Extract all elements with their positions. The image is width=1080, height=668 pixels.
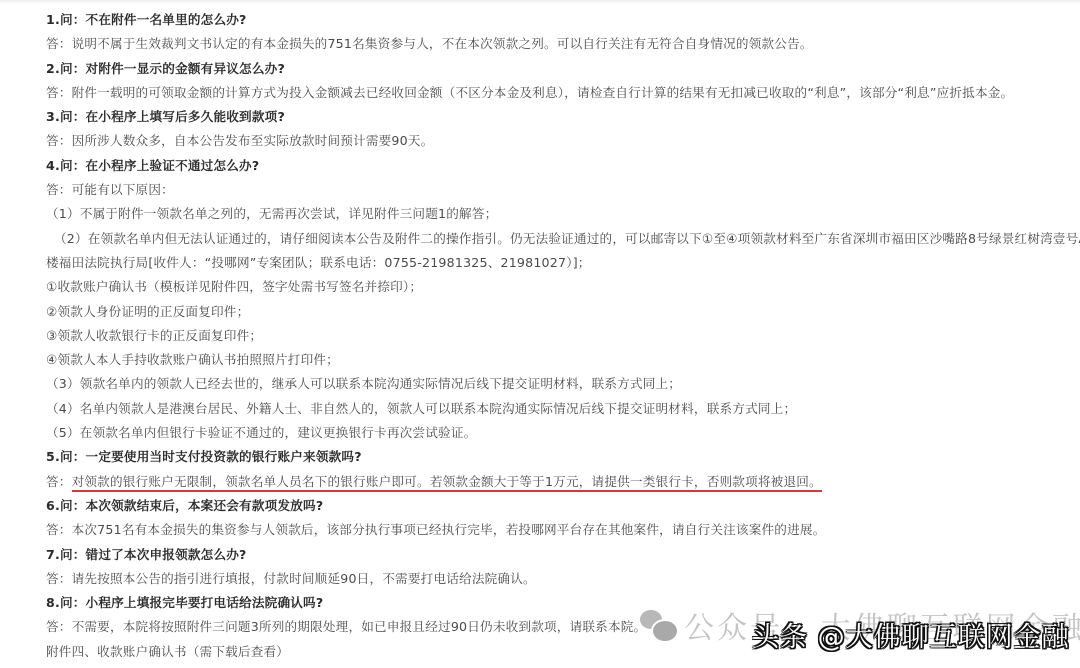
top-shadow xyxy=(0,0,1080,4)
highlighted-answer: 对领款的银行账户无限制，领款名单人员名下的银行账户即可。若领款金额大于等于1万元… xyxy=(72,474,822,492)
faq-4-material-2: ②领款人身份证明的正反面复印件； xyxy=(46,300,1076,324)
answer-prefix: 答： xyxy=(46,474,72,489)
faq-answer-1: 答：说明不属于生效裁判文书认定的有本金损失的751名集资参与人，不在本次领款之列… xyxy=(46,32,1076,56)
faq-question-1: 1.问：不在附件一名单里的怎么办? xyxy=(46,8,1076,32)
faq-4-material-4: ④领款人本人手持收款账户确认书拍照照片打印件； xyxy=(46,348,1076,372)
faq-question-2: 2.问：对附件一显示的金额有异议怎么办? xyxy=(46,57,1076,81)
faq-answer-5: 答：对领款的银行账户无限制，领款名单人员名下的银行账户即可。若领款金额大于等于1… xyxy=(46,470,1076,494)
faq-answer-3: 答：因所涉人数众多，自本公告发布至实际放款时间预计需要90天。 xyxy=(46,129,1076,153)
faq-answer-2: 答：附件一载明的可领取金额的计算方式为投入金额减去已经收回金额（不区分本金及利息… xyxy=(46,81,1076,105)
faq-question-3: 3.问：在小程序上填写后多久能收到款项? xyxy=(46,105,1076,129)
faq-4-reason-3: （3）领款名单内的领款人已经去世的，继承人可以联系本院沟通实际情况后线下提交证明… xyxy=(46,372,1076,396)
faq-question-4: 4.问：在小程序上验证不通过怎么办? xyxy=(46,154,1076,178)
faq-4-reason-2-continued: 楼福田法院执行局[收件人：“投哪网”专案团队；联系电话：0755-2198132… xyxy=(0,251,1076,275)
faq-4-material-1: ①收款账户确认书（模板详见附件四，签字处需书写签名并捺印）； xyxy=(46,275,1076,299)
wechat-icon xyxy=(640,610,676,640)
faq-question-6: 6.问：本次领款结束后，本案还会有款项发放吗? xyxy=(46,494,1076,518)
faq-question-5: 5.问：一定要使用当时支付投资款的银行账户来领款吗? xyxy=(46,445,1076,469)
toutiao-watermark: 头条 @大佛聊互联网金融 xyxy=(752,615,1070,654)
faq-question-7: 7.问：错过了本次申报领款怎么办? xyxy=(46,543,1076,567)
faq-4-material-3: ③领款人收款银行卡的正反面复印件； xyxy=(46,324,1076,348)
faq-answer-4: 答：可能有以下原因： xyxy=(46,178,1076,202)
faq-answer-7: 答：请先按照本公告的指引进行填报，付款时间顺延90日，不需要打电话给法院确认。 xyxy=(46,567,1076,591)
faq-4-reason-4: （4）名单内领款人是港澳台居民、外籍人士、非自然人的，领款人可以联系本院沟通实际… xyxy=(46,397,1076,421)
faq-answer-6: 答：本次751名有本金损失的集资参与人领款后，该部分执行事项已经执行完毕，若投哪… xyxy=(46,518,1076,542)
faq-4-reason-2: （2）在领款名单内但无法认证通过的，请仔细阅读本公告及附件二的操作指引。仍无法验… xyxy=(46,227,1076,251)
faq-4-reason-1: （1）不属于附件一领款名单之列的，无需再次尝试，详见附件三问题1的解答； xyxy=(46,202,1076,226)
faq-4-reason-5: （5）在领款名单内但银行卡验证不通过的，建议更换银行卡再次尝试验证。 xyxy=(46,421,1076,445)
faq-document: 1.问：不在附件一名单里的怎么办? 答：说明不属于生效裁判文书认定的有本金损失的… xyxy=(46,8,1076,664)
